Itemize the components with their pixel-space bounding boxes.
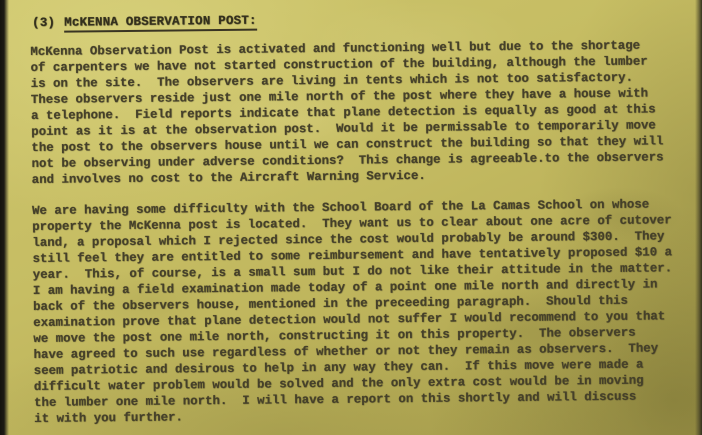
section-number: (3) bbox=[30, 16, 55, 30]
document-content: (3)McKENNA OBSERVATION POST: McKenna Obs… bbox=[30, 8, 694, 435]
scan-shadow-right-edge bbox=[695, 0, 702, 435]
scan-shadow-left-edge bbox=[0, 0, 9, 435]
section-heading: (3)McKENNA OBSERVATION POST: bbox=[30, 8, 690, 31]
paragraph-1: McKenna Observation Post is activated an… bbox=[30, 37, 691, 188]
section-title: McKENNA OBSERVATION POST: bbox=[64, 14, 257, 33]
scanned-document-page: (3)McKENNA OBSERVATION POST: McKenna Obs… bbox=[0, 0, 702, 435]
paragraph-2: We are having some difficulty with the S… bbox=[32, 196, 694, 427]
